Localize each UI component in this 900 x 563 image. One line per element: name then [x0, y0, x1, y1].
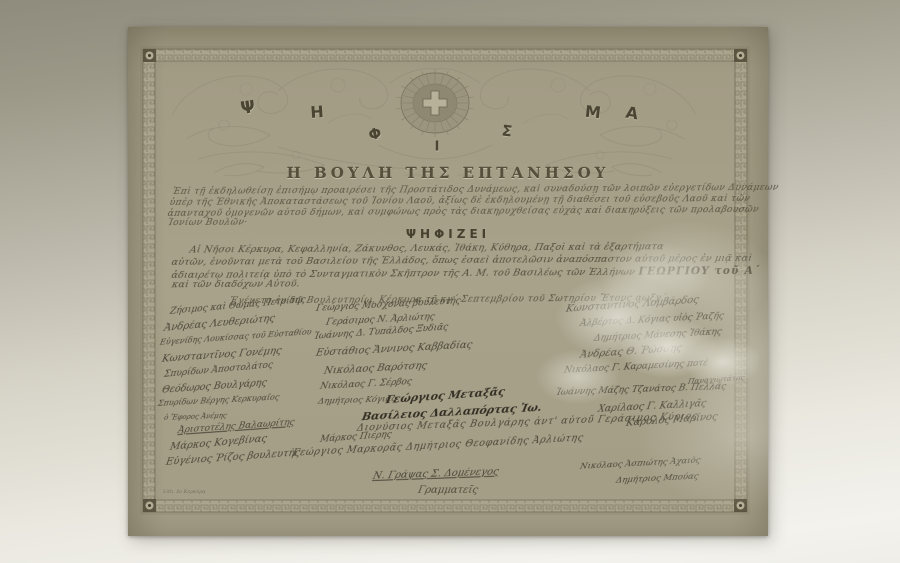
signature-scrawl: Χαρίλαος Γ. Καλλιγᾶς: [597, 398, 707, 415]
signature-scrawl: Εὐγενίδης Λουκίσσας τοῦ Εὐσταθίου: [159, 327, 312, 347]
signature-scrawl: Νικόλαος Γ. Σέρβος: [319, 377, 413, 392]
king-name: ΓΕΩΡΓΙΟΥ τοῦ Α΄: [637, 265, 761, 278]
arc-letter: Η: [310, 102, 325, 122]
signature-scrawl: Γεράσιμος Ν. Ἀρλιώτης: [325, 312, 435, 328]
signature-scrawl: Ἀνδρέας Θ. Ῥώσσης: [579, 343, 683, 361]
signature-scrawl: Ἀλβέρτος Δ. Κόγιας υἱὸς Ῥαζῆς: [579, 311, 725, 329]
signature-scrawl: Εὐγένιος Ῥίζος βουλευτὴς: [165, 448, 301, 469]
arc-letter: Ψ: [239, 97, 256, 119]
decree-word: ΨΗΦΙΖΕΙ: [128, 227, 768, 241]
signature-scrawl: Κωνσταντῖνος Γονέμης: [161, 346, 282, 366]
signature-scrawl: Βασίλειος Δαλλαπόρτας Ἰω.: [361, 401, 543, 424]
date-line: Ἐγένετο ἐν τῷ Βουλευτηρίῳ, Κέρκυρα τῇ κγ…: [229, 293, 671, 306]
signature-scrawl: Δημήτριος Κόγιας: [317, 394, 397, 407]
signature-scrawl: Ἰωάννης Δ. Τυπάλδος Ξυδιᾶς: [313, 323, 449, 343]
arc-letter: Μ: [584, 102, 602, 123]
signature-scrawl: Διονύσιος Μεταξᾶς Βουλγάρης ἀντ' αὐτοῦ Γ…: [356, 411, 699, 434]
signature-scrawl: Σπυρίδων Ἀποστολάτος: [163, 360, 273, 380]
signature-scrawl: Νικόλαος Γ. Καραμεσίνης ποτὲ: [563, 358, 709, 376]
signature-scrawl: Εὐστάθιος Ἄννινος Καββαδίας: [315, 340, 473, 359]
signature-scrawl: Νικόλαος Ἀσπιώτης Ἀχαιὸς: [579, 456, 701, 472]
cross-emblem: [390, 63, 480, 143]
cross-icon: [423, 91, 447, 115]
signature-scrawl: Ἀνδρέας Λευθεριώτης: [163, 313, 276, 334]
lithographer-credit: Lith. ἐν Κερκύρᾳ: [163, 489, 206, 495]
arc-letter: Ι: [435, 140, 440, 155]
signature-scrawl: Ἰωάννης Μάζης Τζανάτος Β. Πελλᾶς: [555, 382, 727, 398]
signature-scrawl: Νικόλαος Βαρότσης: [323, 361, 428, 378]
signature-scrawl: Μάρκος Πιέρης: [319, 430, 392, 445]
arc-letter: Α: [624, 103, 640, 124]
signature-scrawl: Ν. Γράψας Σ. Δομένεγος: [372, 467, 500, 482]
page-background: ΨΗΦΙΣΜΑ Η ΒΟΥΛΗ ΤΗΣ ΕΠΤΑΝΗΣΟΥ Ἐπὶ τῇ ἐκδ…: [0, 0, 900, 563]
signature-scrawl: Σπυρίδων Βέργης Κερκυραῖος: [157, 393, 280, 408]
signature-scrawl: Γεώργιος Μαρκορᾶς Δημήτριος Θεοφανίδης Ἀ…: [292, 433, 585, 459]
arc-letter: Φ: [367, 124, 384, 145]
secretaries-label: Γραμματεῖς: [367, 485, 529, 496]
closing-line: καὶ τῶν διαδόχων Αὐτοῦ.: [171, 279, 301, 291]
signature-scrawl: Δημήτριος Μάνεσης Ἰθάκης: [593, 327, 723, 344]
document-heading: Η ΒΟΥΛΗ ΤΗΣ ΕΠΤΑΝΗΣΟΥ: [128, 164, 768, 182]
signature-scrawl: ὁ Ἔφορος Ἀνέμης: [163, 412, 228, 422]
historical-document-psifisma: ΨΗΦΙΣΜΑ Η ΒΟΥΛΗ ΤΗΣ ΕΠΤΑΝΗΣΟΥ Ἐπὶ τῇ ἐκδ…: [128, 27, 768, 536]
signature-scrawl: Μάρκος Κογεβίνας: [169, 433, 268, 453]
signature-scrawl: Ἀριστοτέλης Βαλαωρίτης: [177, 418, 295, 436]
signature-scrawl: Παναγιωτάτος: [687, 373, 745, 386]
signature-scrawl: Δημήτριος Μπούας: [615, 472, 699, 486]
signature-scrawl: Γεώργιος Μεταξᾶς: [385, 385, 506, 407]
arc-letter: Σ: [501, 121, 514, 140]
signature-scrawl: Θεόδωρος Βουλγάρης: [161, 378, 268, 396]
signature-scrawl: Κάρολος Μαρίνος: [625, 412, 719, 430]
